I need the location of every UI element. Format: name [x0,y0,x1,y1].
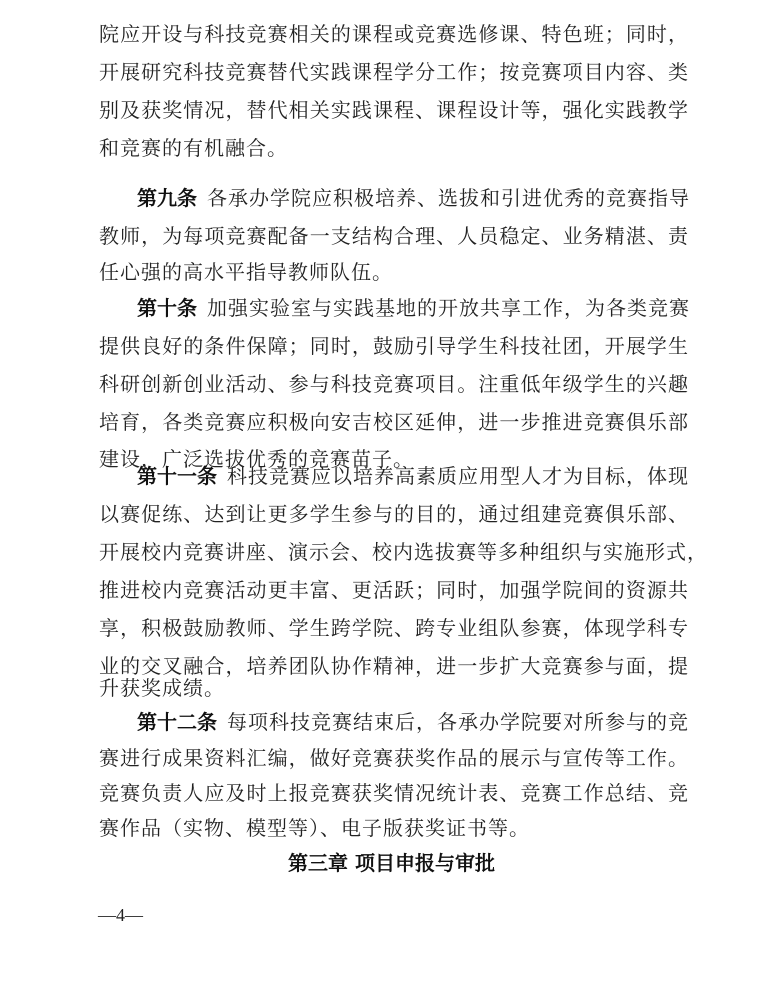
text: 各承办学院应积极培养、选拔和引进优秀的竞赛指导 [207,186,690,210]
article-10-first-line: 第十条加强实验室与实践基地的开放共享工作，为各类竞赛 [137,296,689,320]
text-line: 提供良好的条件保障；同时，鼓励引导学生科技社团，开展学生 [99,334,689,358]
article-heading: 第十二条 [137,710,217,734]
chapter-heading: 第三章 项目申报与审批 [0,847,783,876]
article-heading: 第十条 [137,296,197,320]
text-line: 竞赛负责人应及时上报竞赛获奖情况统计表、竞赛工作总结、竞 [99,781,689,805]
text-line: 享，积极鼓励教师、学生跨学院、跨专业组队参赛，体现学科专 [99,616,689,640]
text-line: 开展校内竞赛讲座、演示会、校内选拔赛等多种组织与实施形式， [99,540,689,564]
page-number: —4— [98,905,143,926]
text-line: 院应开设与科技竞赛相关的课程或竞赛选修课、特色班；同时， [99,22,689,46]
text: 加强实验室与实践基地的开放共享工作，为各类竞赛 [207,296,690,320]
text: 每项科技竞赛结束后，各承办学院要对所参与的竞 [227,710,689,734]
article-heading: 第十一条 [137,464,217,488]
text-line: 科研创新创业活动、参与科技竞赛项目。注重低年级学生的兴趣 [99,372,689,396]
article-9-first-line: 第九条各承办学院应积极培养、选拔和引进优秀的竞赛指导 [137,186,689,210]
text-line: 业的交叉融合，培养团队协作精神，进一步扩大竞赛参与面，提 [99,654,689,678]
text-line: 教师，为每项竞赛配备一支结构合理、人员稳定、业务精湛、责 [99,224,689,248]
text-line: 别及获奖情况，替代相关实践课程、课程设计等，强化实践教学 [99,98,689,122]
text-line: 培育，各类竞赛应积极向安吉校区延伸，进一步推进竞赛俱乐部 [99,410,689,434]
article-11-first-line: 第十一条科技竞赛应以培养高素质应用型人才为目标，体现 [137,464,689,488]
text-line: 任心强的高水平指导教师队伍。 [99,260,689,284]
article-12-first-line: 第十二条每项科技竞赛结束后，各承办学院要对所参与的竞 [137,710,689,734]
text-line: 和竞赛的有机融合。 [99,136,689,160]
text-line: 升获奖成绩。 [99,676,689,700]
text-line: 以赛促练、达到让更多学生参与的目的，通过组建竞赛俱乐部、 [99,502,689,526]
article-heading: 第九条 [137,186,197,210]
text: 科技竞赛应以培养高素质应用型人才为目标，体现 [227,464,689,488]
text-line: 赛作品（实物、模型等）、电子版获奖证书等。 [99,816,689,840]
text-line: 赛进行成果资料汇编，做好竞赛获奖作品的展示与宣传等工作。 [99,746,689,770]
text-line: 推进校内竞赛活动更丰富、更活跃；同时，加强学院间的资源共 [99,578,689,602]
text-line: 开展研究科技竞赛替代实践课程学分工作；按竞赛项目内容、类 [99,60,689,84]
